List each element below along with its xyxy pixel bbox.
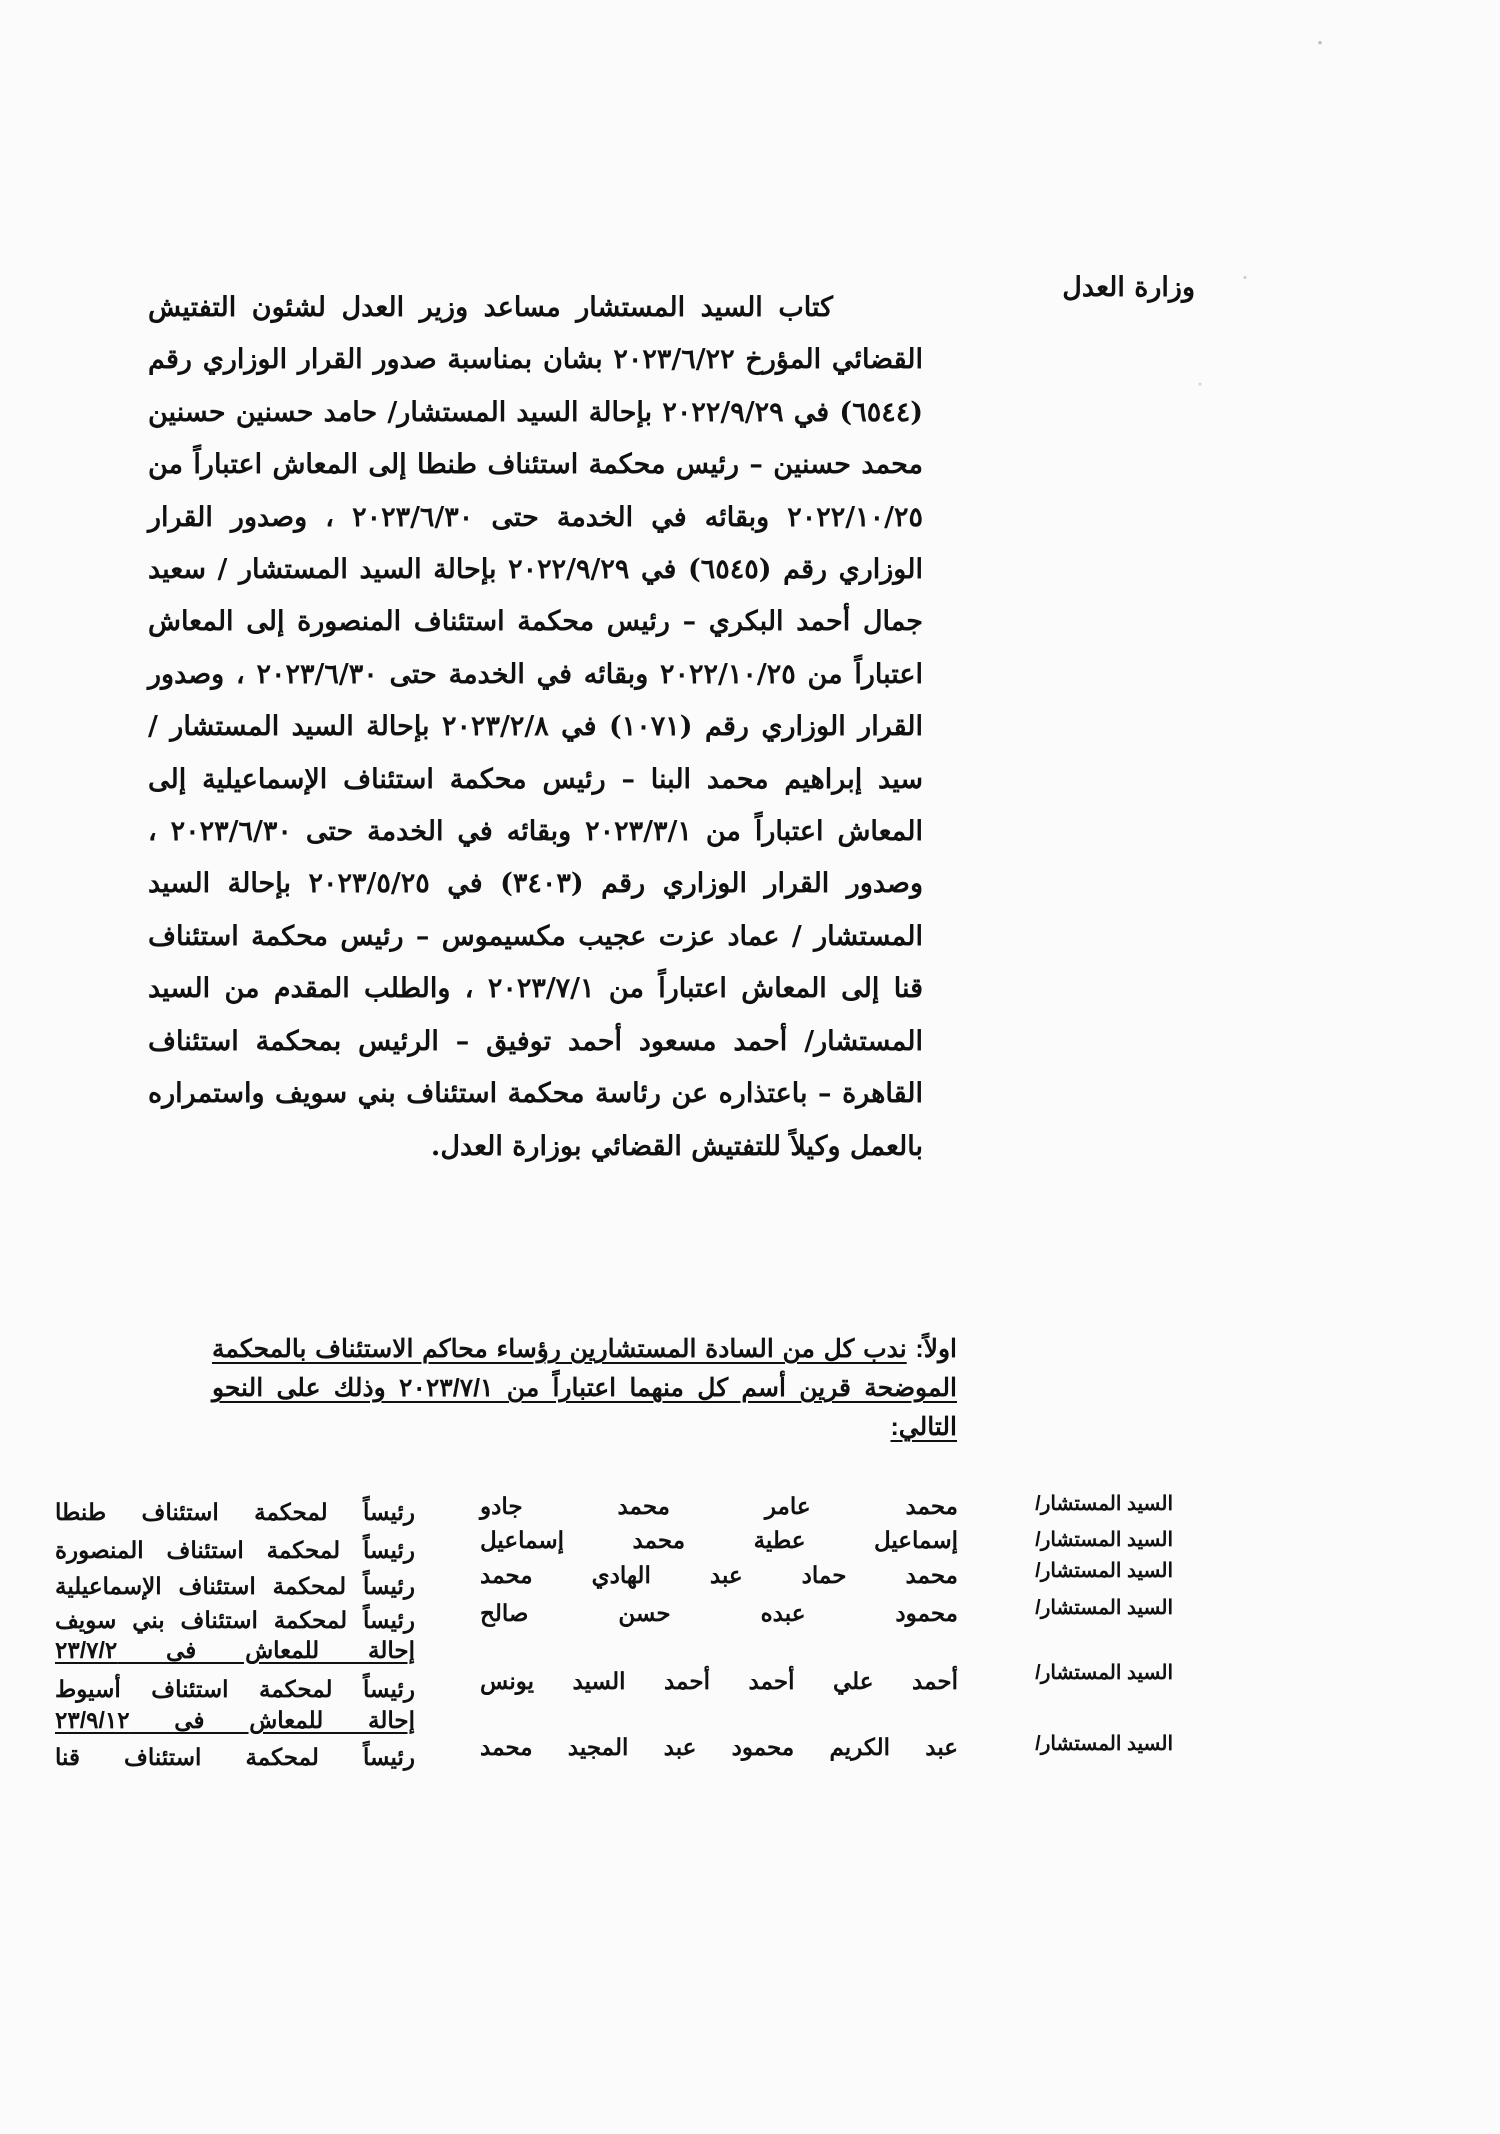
roster-court: رئيساً لمحكمة استئناف قنا xyxy=(55,1743,415,1773)
retirement-note: إحالة للمعاش فى ٢٣/٩/١٢ xyxy=(55,1707,415,1733)
roster-name: إسماعيل عطية محمد إسماعيل xyxy=(480,1527,958,1554)
roster-name: محمد عامر محمد جادو xyxy=(480,1493,958,1520)
roster-court: رئيساً لمحكمة استئناف بني سويف xyxy=(55,1606,415,1636)
roster-title: السيد المستشار/ xyxy=(1035,1595,1173,1620)
roster-title: السيد المستشار/ xyxy=(1035,1558,1173,1583)
roster-title: السيد المستشار/ xyxy=(1035,1660,1173,1685)
roster-name: محمد حماد عبد الهادي محمد xyxy=(480,1562,958,1589)
document-page: وزارة العدل كتاب السيد المستشار مساعد وز… xyxy=(0,0,1500,2134)
roster-name: أحمد علي أحمد أحمد السيد يونس xyxy=(480,1668,958,1695)
retirement-note: إحالة للمعاش فى ٢٣/٧/٢ xyxy=(55,1637,415,1663)
roster-court-note: إحالة للمعاش فى ٢٣/٧/٢ xyxy=(55,1636,415,1666)
roster-title: السيد المستشار/ xyxy=(1035,1527,1173,1552)
roster-title: السيد المستشار/ xyxy=(1035,1731,1173,1756)
roster-name: عبد الكريم محمود عبد المجيد محمد xyxy=(480,1734,958,1761)
roster-court: رئيساً لمحكمة استئناف طنطا xyxy=(55,1498,415,1528)
roster-court: رئيساً لمحكمة استئناف أسيوط xyxy=(55,1675,415,1705)
roster-court: رئيساً لمحكمة استئناف الإسماعيلية xyxy=(55,1572,415,1602)
assignment-roster: السيد المستشار/ محمد عامر محمد جادو السي… xyxy=(0,0,1500,2134)
roster-name: محمود عبده حسن صالح xyxy=(480,1600,958,1627)
roster-court: رئيساً لمحكمة استئناف المنصورة xyxy=(55,1536,415,1566)
roster-court-note: إحالة للمعاش فى ٢٣/٩/١٢ xyxy=(55,1706,415,1736)
roster-title: السيد المستشار/ xyxy=(1035,1491,1173,1516)
